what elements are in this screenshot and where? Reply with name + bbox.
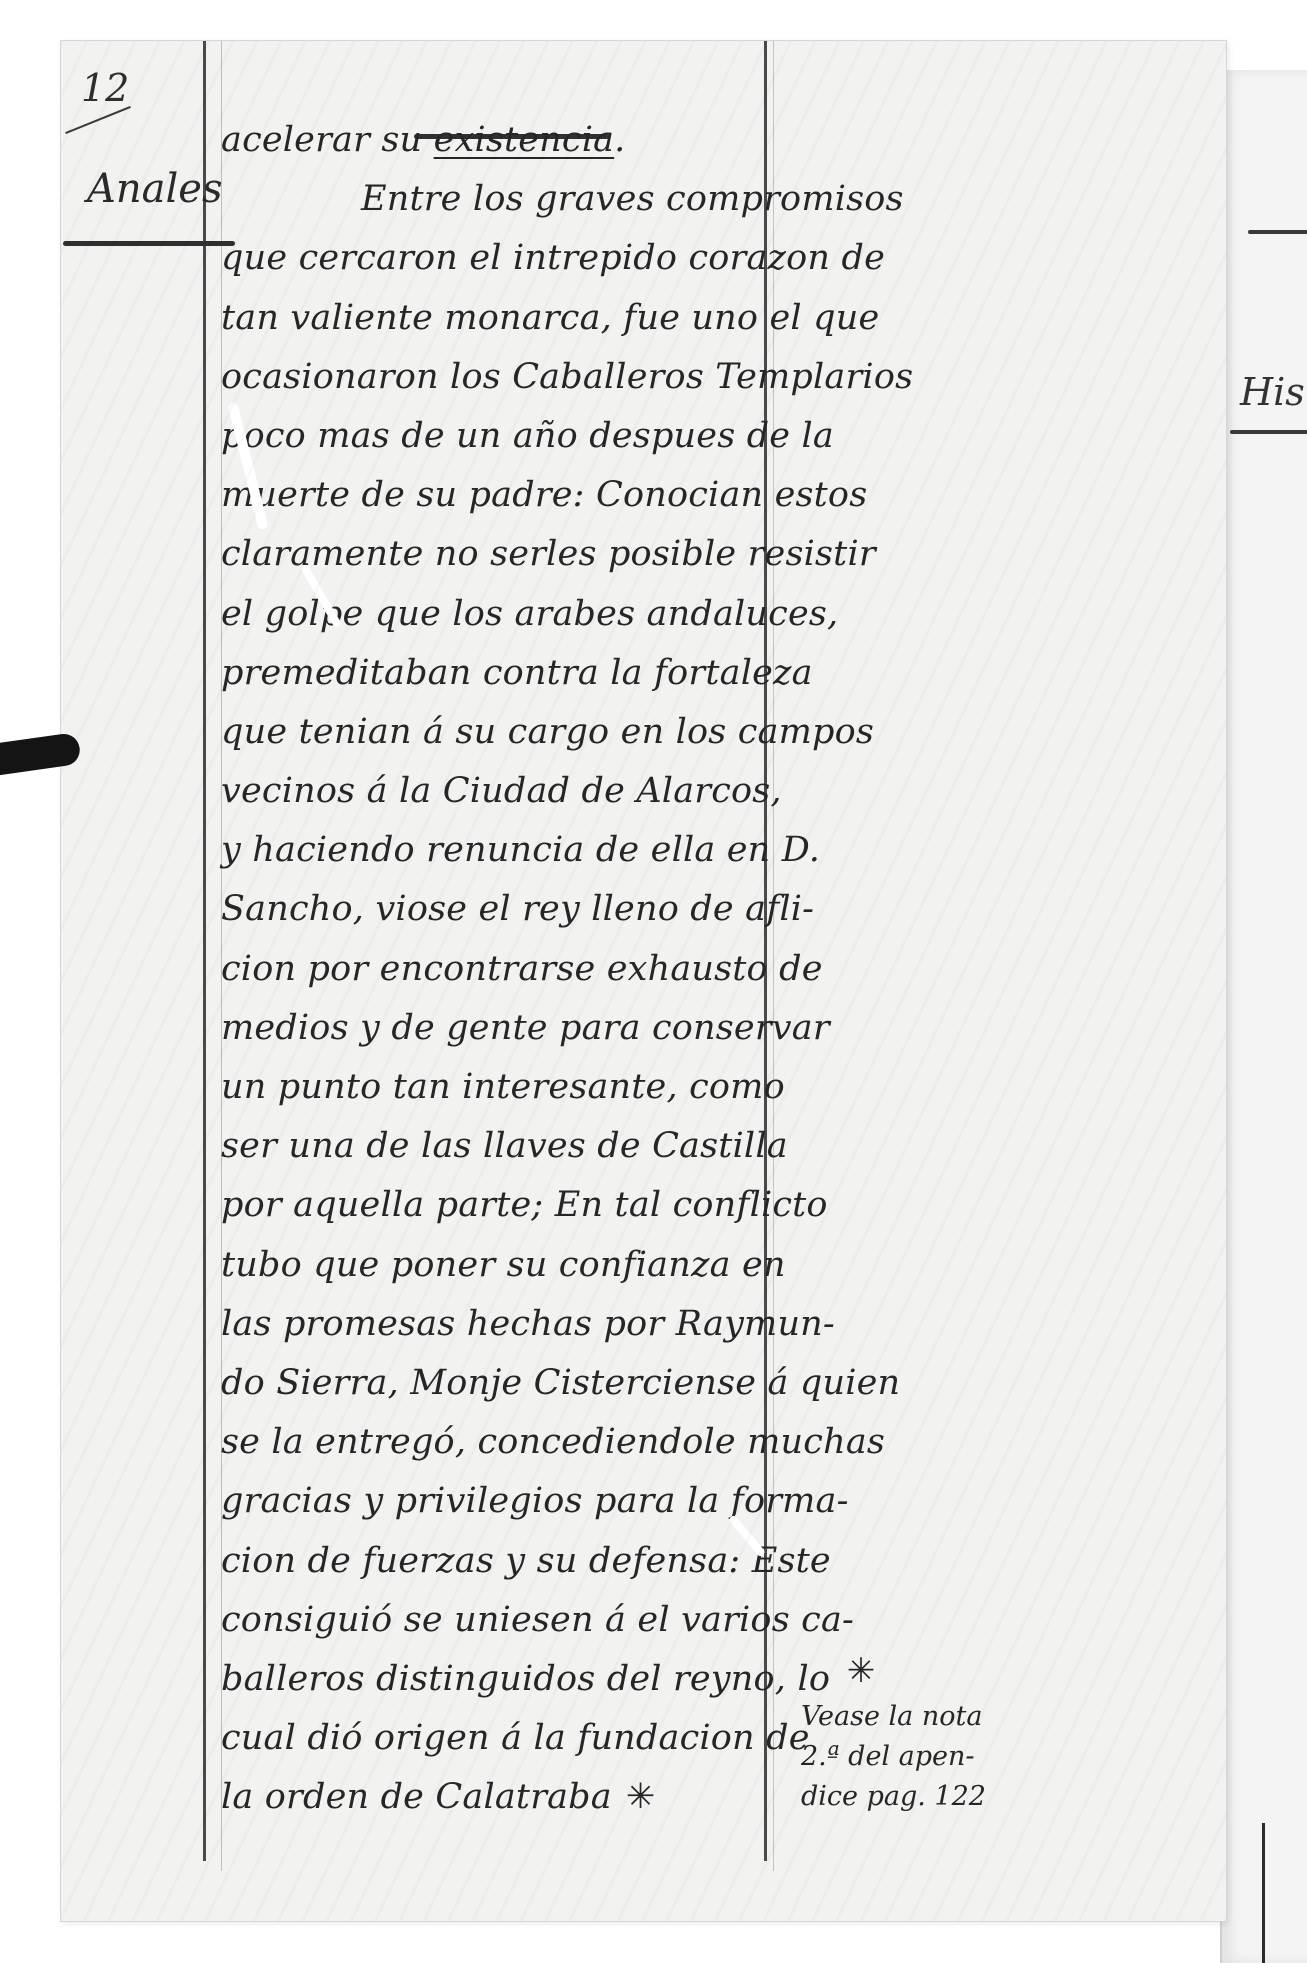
next-page-lower-edge <box>1262 1823 1265 1963</box>
text-line: un punto tan interesante, como <box>221 1058 766 1117</box>
text-line: se la entregó, concediendole muchas <box>221 1413 766 1472</box>
text-fragment: la orden de Calatraba <box>221 1777 612 1817</box>
next-page-edge: Hist <box>1220 70 1307 1963</box>
margin-note-line: 2.ª del apen- <box>801 1737 971 1777</box>
page-number: 12 <box>81 66 129 110</box>
text-line: cual dió origen á la fundacion de <box>221 1709 766 1768</box>
text-line: ocasionaron los Caballeros Templarios <box>221 348 766 407</box>
text-line: y haciendo renuncia de ella en D. <box>221 821 766 880</box>
text-line: acelerar su existencia. <box>221 111 766 170</box>
next-page-heading: Hist <box>1240 370 1307 414</box>
text-line: tan valiente monarca, fue uno el que <box>221 289 766 348</box>
text-line: premeditaban contra la fortaleza <box>221 644 766 703</box>
text-line: ser una de las llaves de Castilla <box>221 1117 766 1176</box>
text-line: muerte de su padre: Conocian estos <box>221 466 766 525</box>
text-line: gracias y privilegios para la forma- <box>221 1472 766 1531</box>
text-line: cion por encontrarse exhausto de <box>221 940 766 999</box>
running-head: Anales <box>87 166 223 212</box>
text-line: el golpe que los arabes andaluces, <box>221 585 766 644</box>
footnote-asterisk-icon: ✳ <box>801 1651 921 1691</box>
text-line: las promesas hechas por Raymun- <box>221 1295 766 1354</box>
text-fragment: acelerar su <box>221 120 434 160</box>
next-page-heading-underline <box>1230 430 1307 434</box>
running-head-underline <box>63 241 235 246</box>
text-line: vecinos á la Ciudad de Alarcos, <box>221 762 766 821</box>
manuscript-page: 12 Anales acelerar su existencia. Entre … <box>60 40 1227 1922</box>
text-line: tubo que poner su confianza en <box>221 1236 766 1295</box>
next-page-top-rule <box>1248 230 1307 234</box>
page-number-flourish <box>65 106 131 134</box>
text-line: la orden de Calatraba✳ <box>221 1768 766 1827</box>
text-line: poco mas de un año despues de la <box>221 407 766 466</box>
text-line: Sancho, viose el rey lleno de afli- <box>221 880 766 939</box>
text-line: por aquella parte; En tal conflicto <box>221 1176 766 1235</box>
text-line: medios y de gente para conservar <box>221 999 766 1058</box>
text-line: que tenian á su cargo en los campos <box>221 703 766 762</box>
text-line: Entre los graves compromisos <box>221 170 766 229</box>
footnote-asterisk-icon: ✳ <box>626 1777 656 1817</box>
text-line: claramente no serles posible resistir <box>221 525 766 584</box>
text-fragment: . <box>614 120 625 160</box>
text-line: balleros distinguidos del reyno, lo <box>221 1650 766 1709</box>
text-line: consiguió se uniesen á el varios ca- <box>221 1591 766 1650</box>
body-text: acelerar su existencia. Entre los graves… <box>221 111 766 1827</box>
text-line: cion de fuerzas y su defensa: Este <box>221 1532 766 1591</box>
left-margin-rule <box>203 41 206 1861</box>
text-line: que cercaron el intrepido corazon de <box>221 229 766 288</box>
text-line: do Sierra, Monje Cisterciense á quien <box>221 1354 766 1413</box>
margin-note: ✳ Vease la nota 2.ª del apen- dice pag. … <box>801 1651 971 1817</box>
underlined-word: existencia <box>434 120 615 160</box>
margin-note-line: Vease la nota <box>801 1697 971 1737</box>
margin-note-line: dice pag. 122 <box>801 1777 971 1817</box>
